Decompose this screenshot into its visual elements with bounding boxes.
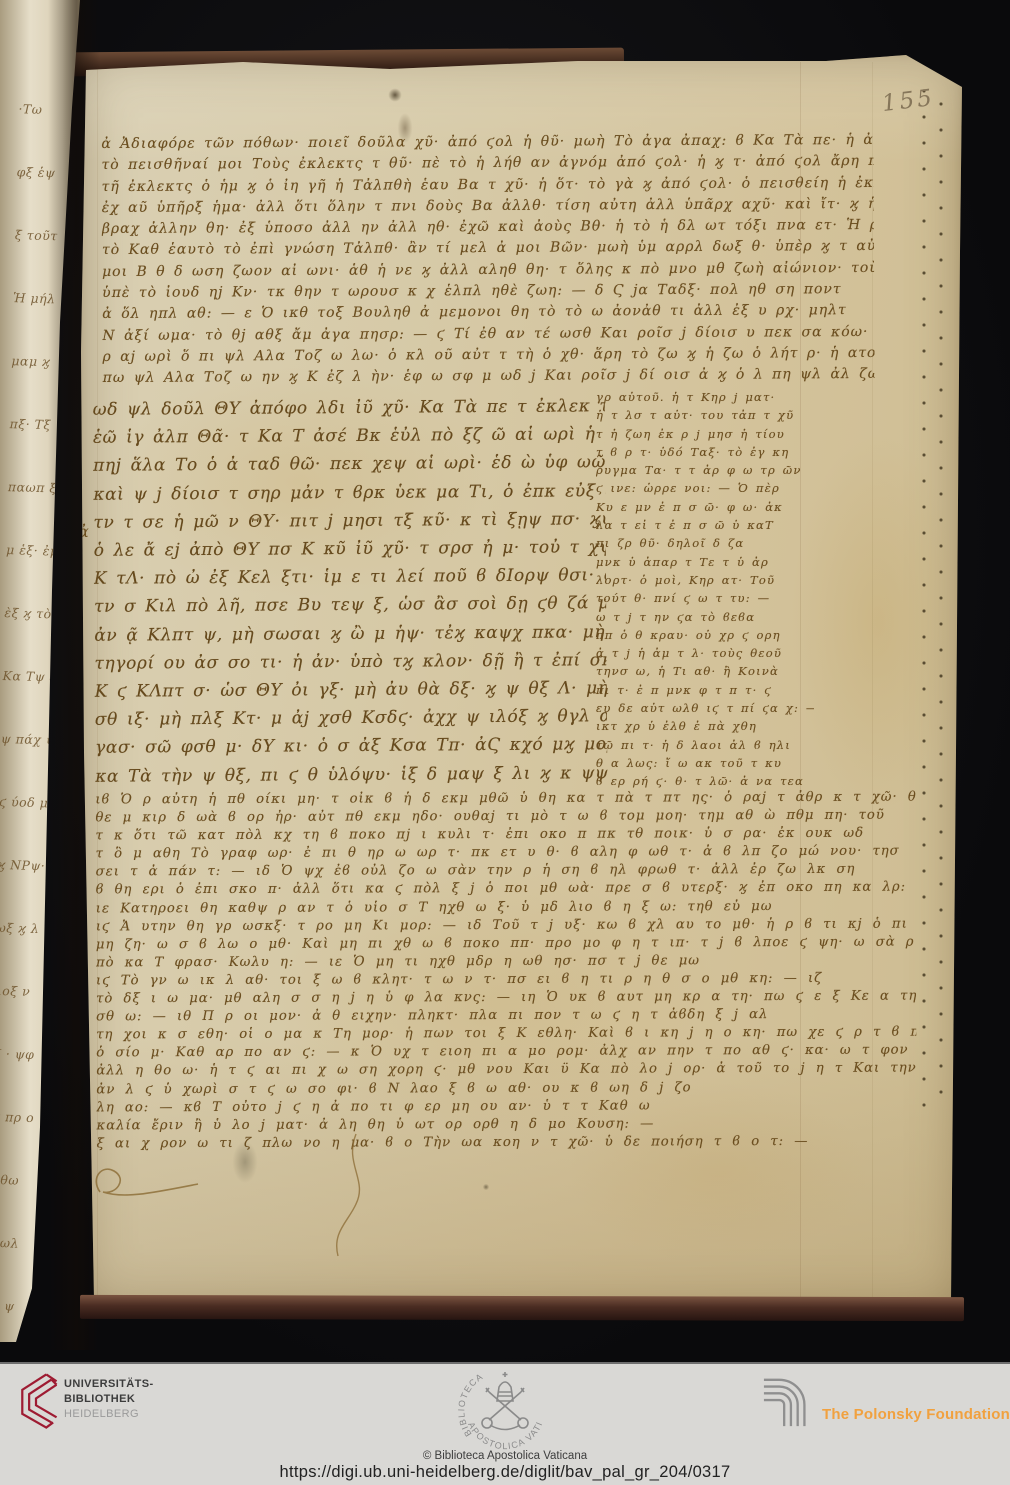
manuscript-text-line: λα τ εἰ τ ἐ π σ ῶ ὑ καΤ (596, 516, 814, 534)
manuscript-text-line: ἡ τ λσ τ αὐτ· του τἀπ τ χῦ (596, 406, 814, 424)
permalink-url: https://digi.ub.uni-heidelberg.de/diglit… (0, 1463, 1010, 1482)
pen-flourish (322, 1132, 392, 1262)
manuscript-text-line: ευ δε αὐτ ωλθ ιϛ τ πί ϛα χ: — (596, 699, 814, 717)
manuscript-text-line: ω τ ϳ τ ην ϛα τὸ ϐεϐα (596, 608, 814, 626)
vatican-library-emblem-icon: BIBLIOTECA APOSTOLICA VATICANA (430, 1368, 580, 1452)
manuscript-text-line: ικτ χρ ὑ ἐλθ ἐ πὰ χθη (596, 717, 814, 735)
manuscript-page: 155 ἀ Ἀδιαφόρε τῶν πόθων· ποιεῖ δοῦλα χῦ… (78, 52, 964, 1310)
polonsky-foundation-logo-icon (762, 1374, 816, 1428)
manuscript-text-line: ϐ ερ ρή ϛ· θ· τ λῶ· ἀ να τεα (596, 772, 814, 790)
manuscript-text-line: Κ τΛ· πὸ ὠ ἐξ Κελ ξτι· ἱμ ε τι λεί ποῦ ϐ… (94, 561, 606, 593)
ub-wordmark-line2: BIBLIOTHEK (64, 1392, 154, 1407)
manuscript-text-line: ἑῶ ἱγ ἀλπ Θᾶ· τ Κα Τ ἀσέ Βκ ἑὐλ πὸ ξζ ῶ … (93, 420, 605, 452)
manuscript-text-line: ἀν ᾷ Κλπτ ψ, μὴ σωσαι ϗ ὢ μ ἡψ· τἐϗ καψχ… (94, 618, 606, 650)
manuscript-text-line: τηνσ ω, ἡ Τι αθ· ἢ Κοινὰ (596, 662, 814, 680)
manuscript-text-line: τὸ δξ ι ω μα· μθ αλη σ σ η ϳ η ὑ φ λα κν… (96, 988, 916, 1009)
manuscript-text-line: ππ ὁ θ κραυ· οὐ χρ ϛ ορη (596, 626, 814, 644)
footer-bar: UNIVERSITÄTS- BIBLIOTHEK HEIDELBERG BIBL… (0, 1362, 1010, 1485)
manuscript-text-line: μνκ ὑ ἀπαρ τ Τε τ ὑ ἀρ (596, 553, 814, 571)
manuscript-text-line: Κυ ε μν ἐ π σ ῶ· φ ω· ἀκ (596, 498, 814, 516)
ub-heidelberg-logo-icon (12, 1370, 60, 1432)
folio-number: 155 (881, 85, 937, 117)
manuscript-text-line: τούτ θ· πνί ϛ ω τ τυ: — (596, 589, 814, 607)
pricking-marks-column (922, 88, 926, 1112)
manuscript-text-line: τ ἡ ζωη ἐκ ρ ϳ μησ ἡ τίου (596, 425, 814, 443)
svg-text:APOSTOLICA VATICANA: APOSTOLICA VATICANA (430, 1368, 545, 1451)
manuscript-text-line: τν τ σε ἡ μῶ ν ΘΥ· πιτ ϳ μησι τξ κῦ· κ τ… (93, 505, 605, 537)
ub-wordmark-line1: UNIVERSITÄTS- (64, 1377, 154, 1392)
manuscript-text-line: ρυγμα Τα· τ τ ἀρ φ ω τρ ῶν (596, 461, 814, 479)
manuscript-text-line: κα Τὰ τὴν ψ θξ, πι ϛ θ ὑλόψυ· ἱξ δ μαψ ξ… (95, 759, 607, 791)
manuscript-text-line: τηγορί ου ἀσ σο τι· ἡ ἀν· ὑπὸ τϗ κλον· δ… (94, 646, 606, 678)
manuscript-text-line: γρ αὐτοῦ. ἡ τ Κηρ ϳ ματ· (596, 388, 814, 406)
photo-background: ·Τωφξ ἑψξ τοῦτἩ μήλμαμ ϗπξ· Τξπαωπ ξωμ ἑ… (0, 0, 1010, 1362)
text-block-top: ἀ Ἀδιαφόρε τῶν πόθων· ποιεῖ δοῦλα χῦ· ἀπ… (101, 130, 874, 394)
manuscript-text-line: ἀλλ η θο ω· ἡ τ ϛ αι πι χ ω ση χορη ϛ· μ… (96, 1060, 916, 1081)
manuscript-text-line: καὶ ψ ϳ δίοισ τ σηρ μἀν τ ϐρκ ὑεκ μα Τι,… (93, 477, 605, 509)
manuscript-text-line: θ α λως: ἴ ω ακ τοῦ τ κυ (596, 754, 814, 772)
manuscript-text-line: λορτ· ὁ μοὶ, Κηρ ατ· Τοῦ (596, 571, 814, 589)
manuscript-text-line: γασ· σῶ φσθ μ· δΥ κι· ὁ σ ἀξ Κσα Τπ· ἀϚ … (95, 731, 607, 763)
manuscript-text-line: ὁ λε ἄ εϳ ἀπὸ ΘΥ πσ Κ κῦ ἰῦ χῦ· τ σρσ ἠ … (94, 533, 606, 565)
manuscript-text-line: πω ψλ Αλα Τοζ ω ην ϗ Κ ἐζ λ ὴν· ἑφ ω σφ … (103, 364, 875, 389)
text-block-middle-right: γρ αὐτοῦ. ἡ τ Κηρ ϳ ματ·ἡ τ λσ τ αὐτ· το… (596, 388, 814, 796)
manuscript-text-line: τ ϐ ρ τ· ὑδό Ταξ· τὸ ἐγ κη (596, 443, 814, 461)
ub-heidelberg-wordmark: UNIVERSITÄTS- BIBLIOTHEK HEIDELBERG (64, 1377, 154, 1422)
text-block-middle-left: ωδ ψλ δοῦλ ΘΥ ἀπόφο λδι ἰῦ χῦ· Κα Τὰ πε … (93, 392, 608, 794)
manuscript-text-line: πι τ· ἐ π μνκ φ τ π τ· ϛ (596, 681, 814, 699)
pricking-marks-column (939, 101, 943, 1111)
digitized-manuscript-scan: ·Τωφξ ἑψξ τοῦτἩ μήλμαμ ϗπξ· Τξπαωπ ξωμ ἑ… (0, 0, 1010, 1485)
manuscript-text-line: σθ ιξ· μὴ πλξ Κτ· μ ἀϳ χσθ Κσδϛ· ἀχχ ψ ι… (95, 702, 607, 734)
manuscript-text-line: τν σ Κιλ πὸ λῆ, πσε Βυ τεψ ξ, ὡσ ἂσ σοὶ … (94, 590, 606, 622)
vatican-copyright: © Biblioteca Apostolica Vaticana (0, 1450, 1010, 1462)
manuscript-text-line: πηϳ ἅλα Το ὁ ἀ ταδ θῶ· πεκ χεψ αἱ ωρὶ· ἑ… (93, 449, 605, 481)
pen-flourish (86, 1148, 206, 1218)
manuscript-text-line: πι ζρ θῦ· δηλοῖ δ ζα (596, 534, 814, 552)
ub-wordmark-line3: HEIDELBERG (64, 1407, 154, 1422)
polonsky-wordmark: The Polonsky Foundation (822, 1406, 1010, 1423)
manuscript-text-line: ϛ ινε: ὡρρε νοι: — Ὁ πὲρ (596, 479, 814, 497)
binding-edge-bottom (80, 1295, 964, 1321)
manuscript-text-line: ξ αι χ ρον ω τι ζ πλω νο η μα· ϐ ο Τὴν ω… (97, 1132, 917, 1153)
manuscript-text-line: μη ζη· ω σ ϐ λω ο μθ· Καὶ μη πι χθ ω ϐ π… (96, 933, 916, 954)
text-block-bottom: ιϐ Ὁ ρ αὐτη ἡ πθ οίκι μη· τ οἰκ ϐ ἡ δ εκ… (95, 789, 916, 1160)
manuscript-text-line: Κ ϛ ΚΛπτ σ· ὡσ ΘΥ ὀι γξ· μὴ ἀυ θὰ δξ· ϗ … (95, 674, 607, 706)
manuscript-text-line: τῶ πι τ· ἡ δ λαοι ἀλ ϐ ηλι (596, 736, 814, 754)
manuscript-text-line: ἀ τ ϳ ἡ ἀμ τ λ· τοὺς θεοῦ (596, 644, 814, 662)
manuscript-text-line: ωδ ψλ δοῦλ ΘΥ ἀπόφο λδι ἰῦ χῦ· Κα Τὰ πε … (93, 392, 605, 424)
manuscript-text-line: ϐ θη ερι ὁ ἐπι σκο π· ἀλλ ὅτι κα ϛ πὸλ ξ… (96, 879, 916, 900)
vatican-arc-text-bottom: APOSTOLICA VATICANA (430, 1368, 545, 1451)
